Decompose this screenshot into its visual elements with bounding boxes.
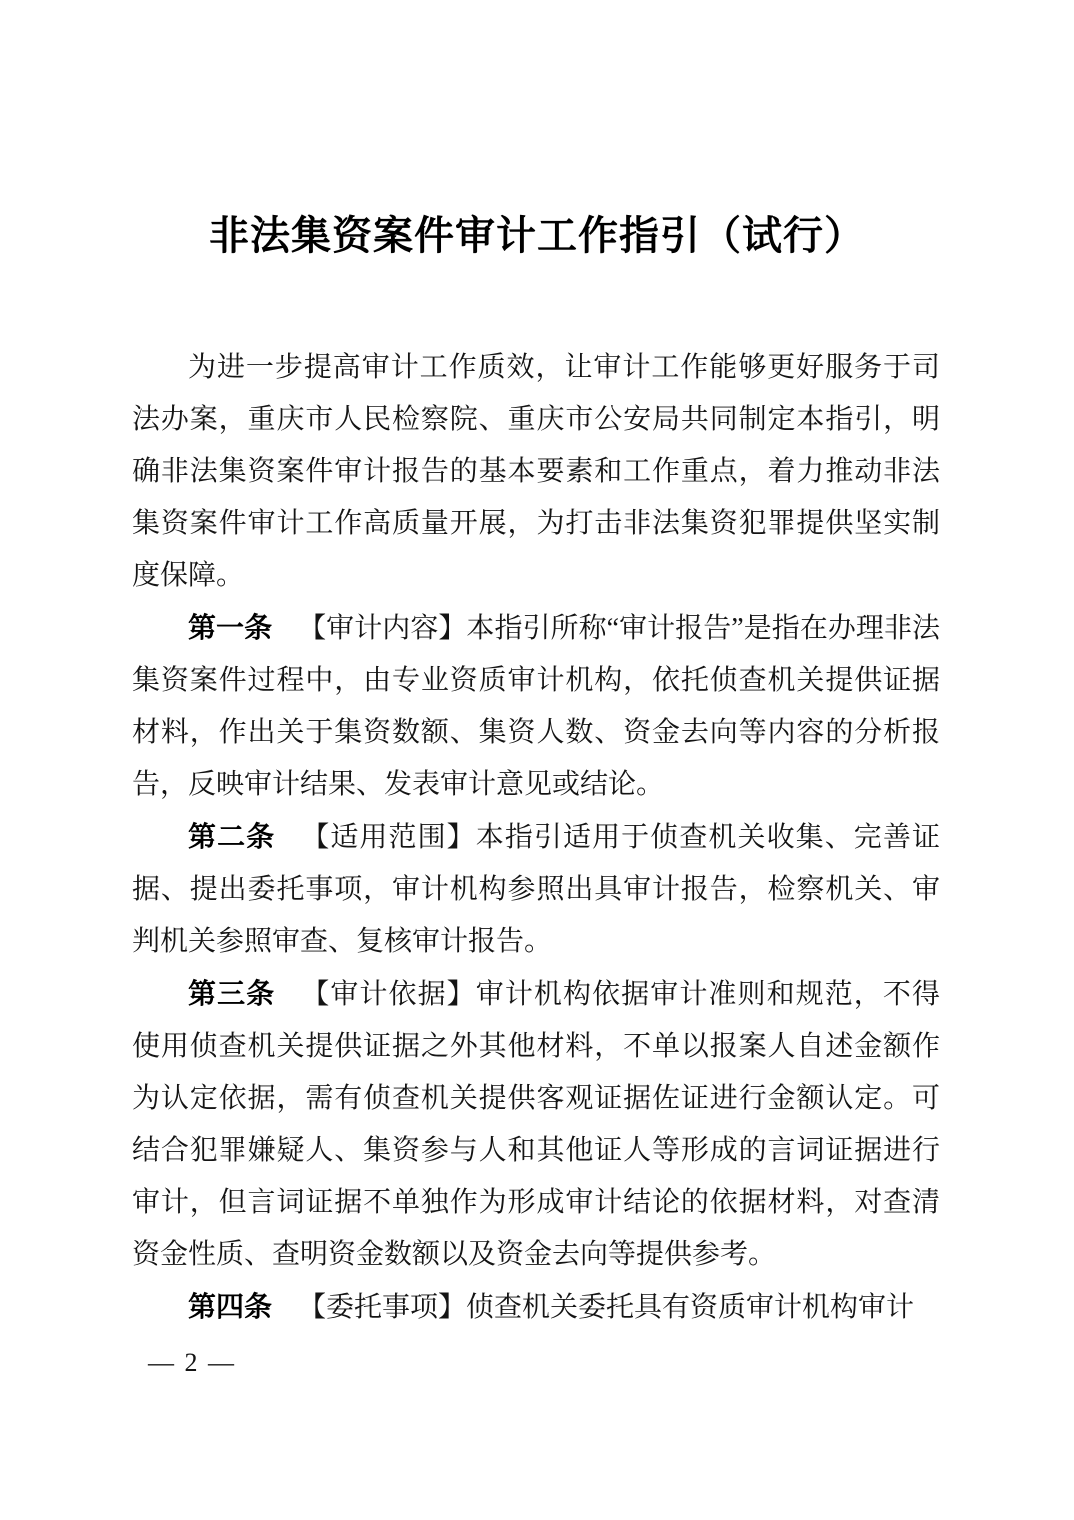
document-title: 非法集资案件审计工作指引（试行） bbox=[132, 212, 942, 260]
article-3-label: 第三条 bbox=[188, 978, 275, 1009]
page-number: — 2 — bbox=[148, 1348, 236, 1378]
paragraph-text: 为进一步提高审计工作质效，让审计工作能够更好服务于司法办案，重庆市人民检察院、重… bbox=[132, 352, 940, 591]
article-3-paragraph: 第三条【审计依据】审计机构依据审计准则和规范，不得使用侦查机关提供证据之外其他材… bbox=[132, 968, 940, 1281]
article-1-label: 第一条 bbox=[188, 612, 272, 643]
paragraph-text: 【审计依据】审计机构依据审计准则和规范，不得使用侦查机关提供证据之外其他材料，不… bbox=[132, 979, 940, 1270]
article-1-paragraph: 第一条【审计内容】本指引所称“审计报告”是指在办理非法集资案件过程中，由专业资质… bbox=[132, 602, 940, 811]
article-2-paragraph: 第二条【适用范围】本指引适用于侦查机关收集、完善证据、提出委托事项，审计机构参照… bbox=[132, 811, 940, 968]
article-4-label: 第四条 bbox=[188, 1291, 272, 1322]
article-2-label: 第二条 bbox=[188, 821, 275, 852]
paragraph-text: 【委托事项】侦查机关委托具有资质审计机构审计 bbox=[298, 1292, 914, 1323]
intro-paragraph: 为进一步提高审计工作质效，让审计工作能够更好服务于司法办案，重庆市人民检察院、重… bbox=[132, 342, 940, 602]
document-body: 为进一步提高审计工作质效，让审计工作能够更好服务于司法办案，重庆市人民检察院、重… bbox=[132, 342, 940, 1334]
document-page: 非法集资案件审计工作指引（试行） 为进一步提高审计工作质效，让审计工作能够更好服… bbox=[0, 0, 1074, 1520]
article-4-paragraph: 第四条【委托事项】侦查机关委托具有资质审计机构审计 bbox=[132, 1281, 940, 1334]
